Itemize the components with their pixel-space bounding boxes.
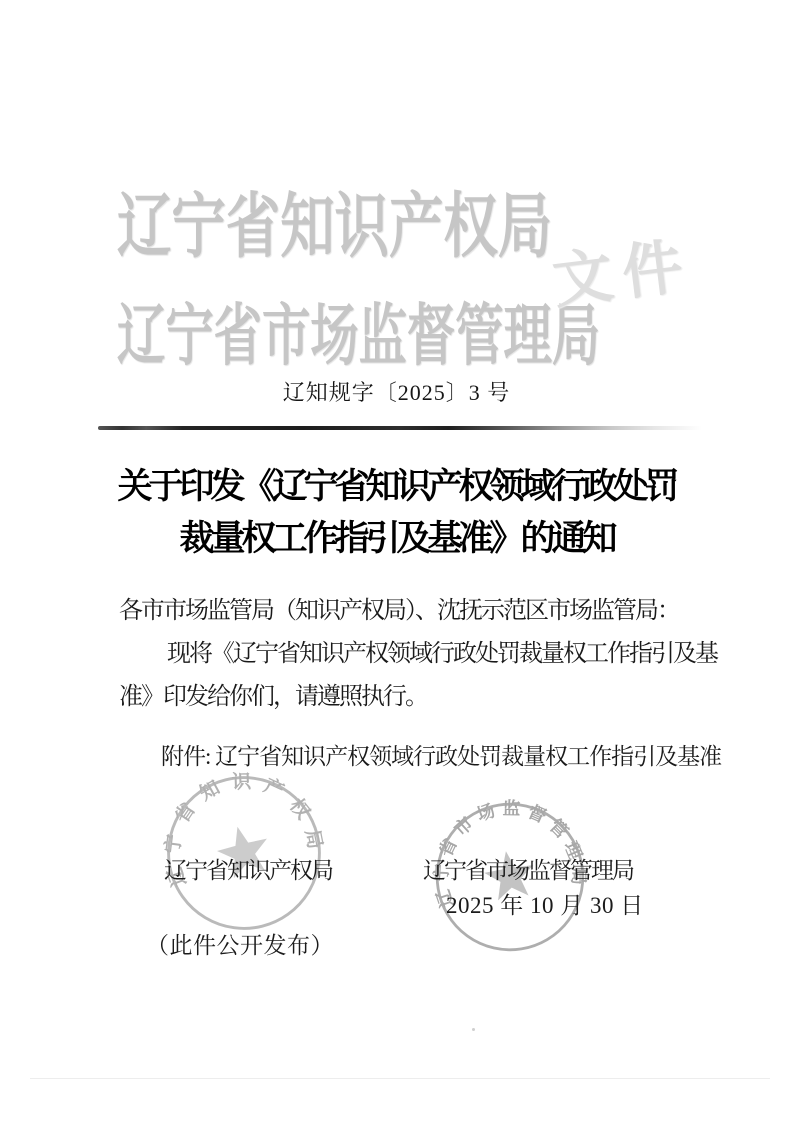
body-line-3: 准》印发给你们，请遵照执行。 [119, 676, 717, 719]
scan-artifact-dot [472, 1028, 475, 1031]
letterhead-agency-2: 辽宁省市场监督管理局 [117, 282, 600, 379]
body-text: 各市市场监管局（知识产权局）、沈抚示范区市场监管局： 现将《辽宁省知识产权领域行… [119, 590, 717, 719]
letterhead-doc-type: 文件 [547, 218, 696, 320]
signer-right-org: 辽宁省市场监督管理局 [423, 852, 633, 885]
document-page: 辽宁省知识产权局 辽宁省市场监督管理局 文件 辽知规字〔2025〕3 号 关于印… [0, 0, 793, 1122]
body-salutation: 各市市场监管局（知识产权局）、沈抚示范区市场监管局： [119, 590, 717, 633]
scan-artifact-line [30, 1078, 770, 1079]
document-title: 关于印发《辽宁省知识产权领域行政处罚 裁量权工作指引及基准》的通知 [0, 461, 793, 565]
header-separator-rule [98, 426, 702, 430]
document-title-line-2: 裁量权工作指引及基准》的通知 [0, 513, 793, 565]
signature-date: 2025 年 10 月 30 日 [446, 887, 644, 920]
signer-left-org: 辽宁省知识产权局 [164, 852, 332, 885]
public-release-note: （此件公开发布） [146, 927, 334, 960]
letterhead-agency-1: 辽宁省知识产权局 [117, 170, 552, 271]
document-number: 辽知规字〔2025〕3 号 [0, 376, 793, 407]
body-line-2: 现将《辽宁省知识产权领域行政处罚裁量权工作指引及基 [119, 633, 717, 676]
document-title-line-1: 关于印发《辽宁省知识产权领域行政处罚 [0, 461, 793, 513]
